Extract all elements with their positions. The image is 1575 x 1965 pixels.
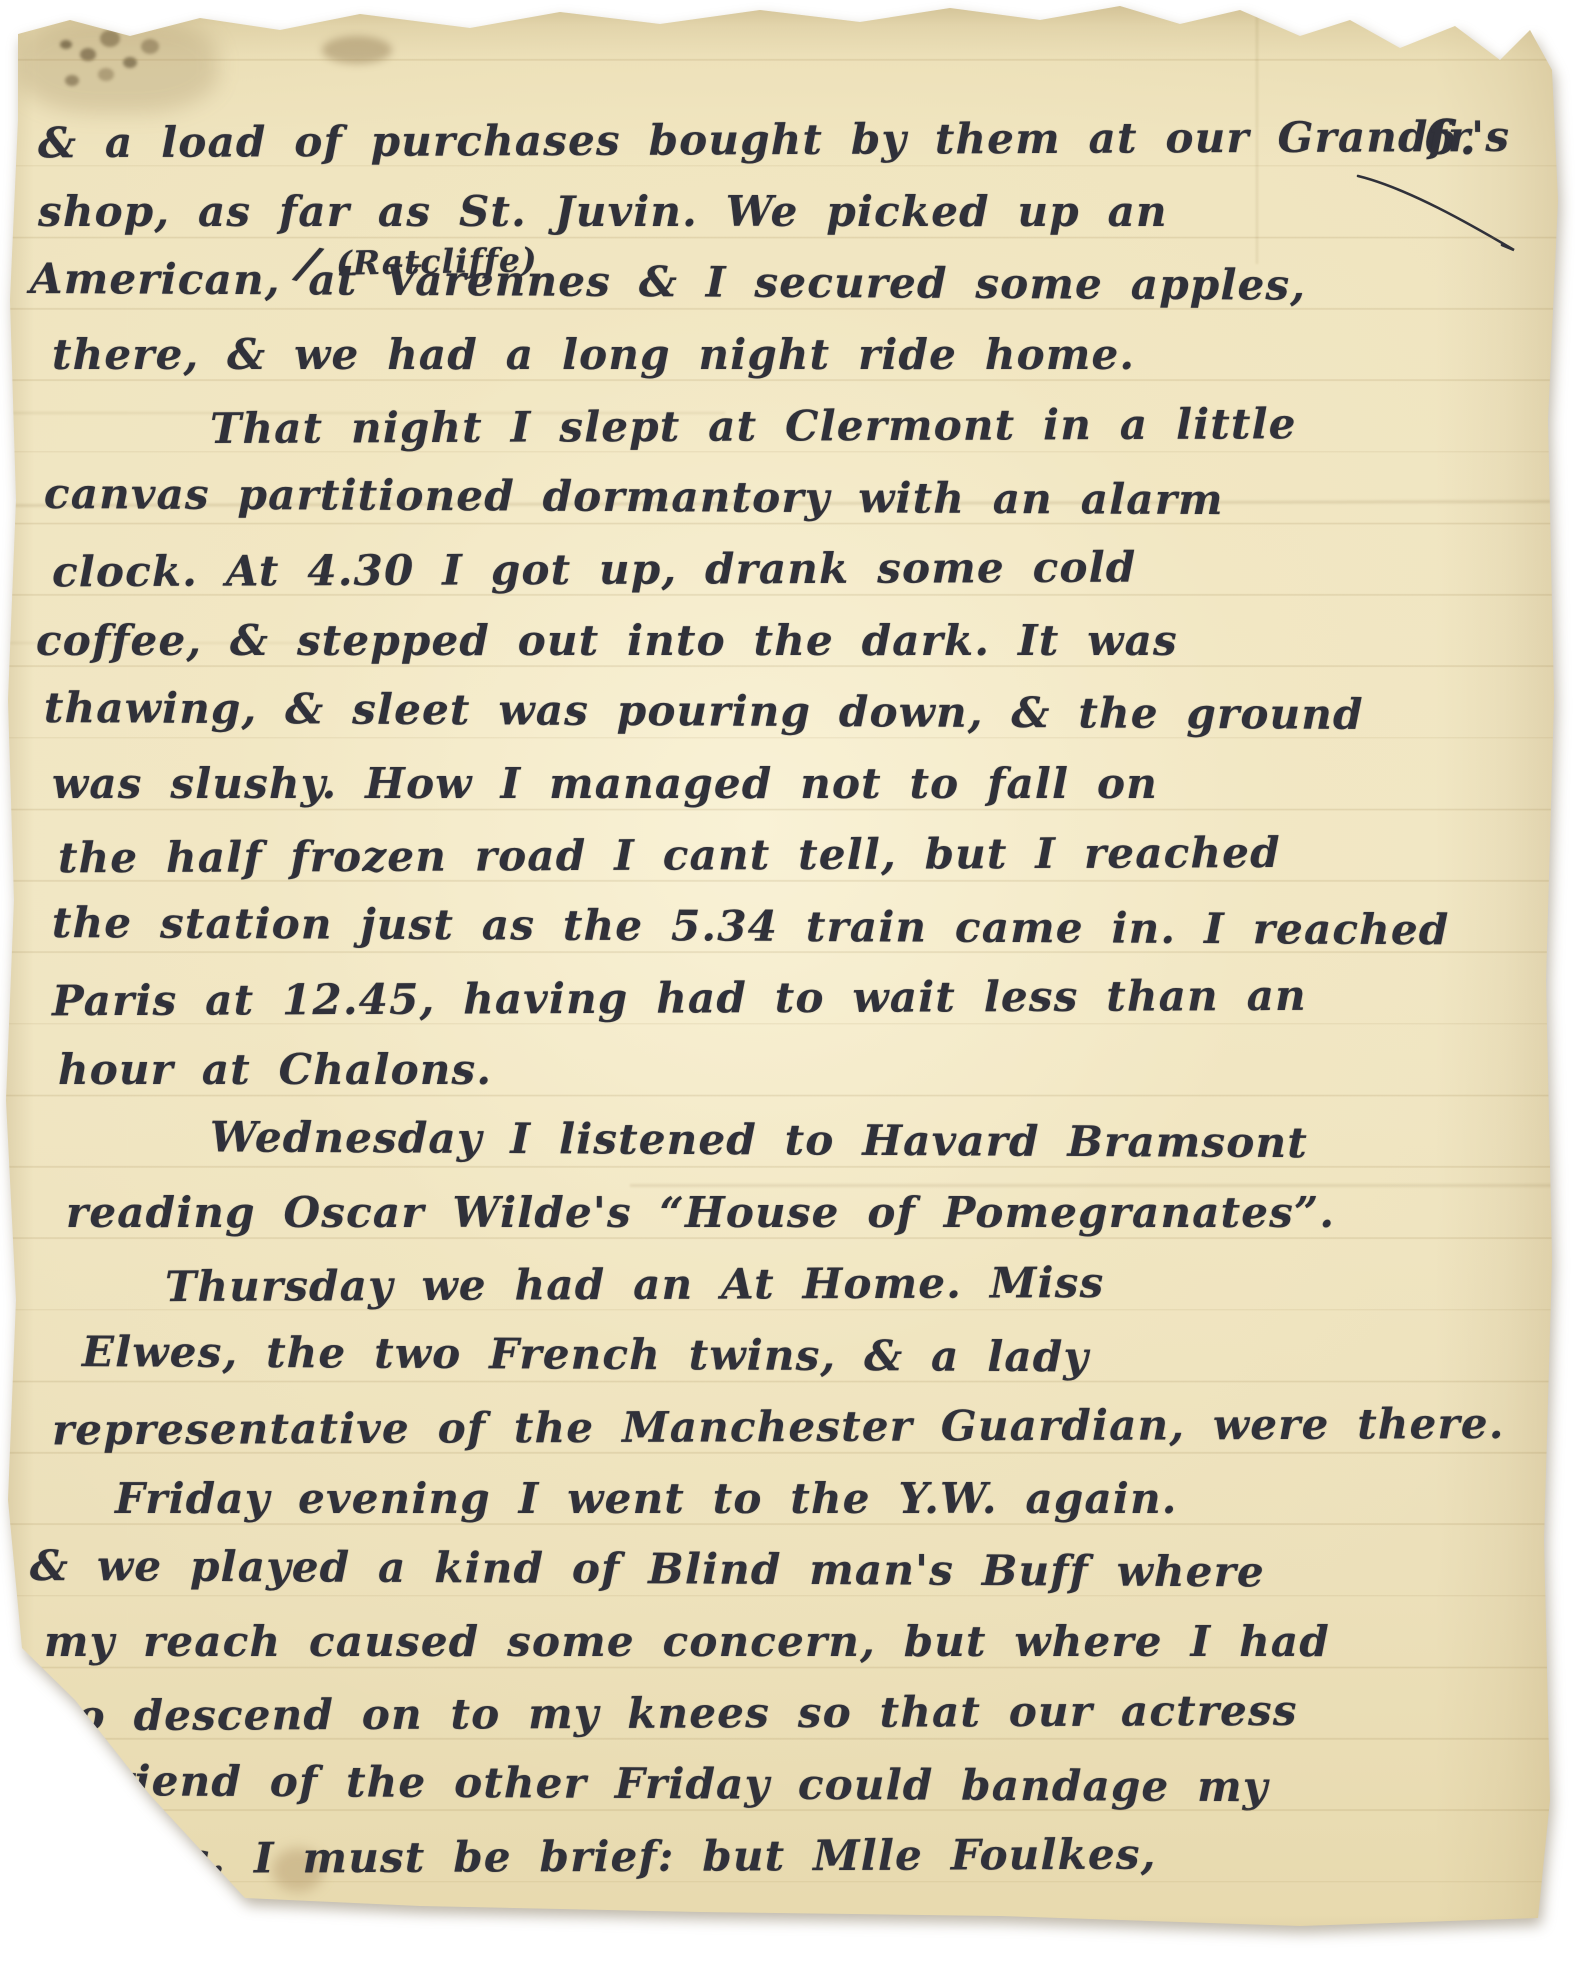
handwritten-line: eyes. I must be brief: but Mlle Foulkes, (104, 1817, 1575, 1895)
handwritten-line: & we played a kind of Blind man's Buff w… (30, 1530, 1575, 1610)
handwritten-line: friend of the other Friday could bandage… (92, 1745, 1575, 1824)
handwritten-line: Friday evening I went to the Y.W. again. (115, 1463, 1575, 1535)
handwritten-line: coffee, & stepped out into the dark. It … (36, 605, 1575, 677)
handwritten-line: Thursday we had an At Home. Miss (165, 1245, 1575, 1323)
handwritten-line: Elwes, the two French twins, & a lady (82, 1316, 1575, 1395)
paper-stain (322, 36, 392, 64)
handwritten-line: clock. At 4.30 I got up, drank some cold (52, 530, 1575, 608)
handwritten-line: canvas partitioned dormantory with an al… (44, 457, 1575, 537)
handwritten-line: the half frozen road I cant tell, but I … (58, 816, 1575, 894)
paper-stain (26, 1752, 40, 1765)
letter-body: & a load of purchases bought by them at … (0, 104, 1575, 1892)
handwritten-line: was slushy. How I managed not to fall on (52, 748, 1575, 820)
handwritten-line: my reach caused some concern, but where … (44, 1606, 1575, 1678)
handwritten-line: American, at Varennes & I secured some a… (30, 243, 1575, 323)
handwritten-line: the station just as the 5.34 train came … (52, 887, 1575, 966)
handwritten-line: reading Oscar Wilde's “House of Pomegran… (66, 1177, 1575, 1249)
handwritten-line: Wednesday I listened to Havard Bramsont (210, 1101, 1575, 1180)
letter-paper-shadow: 6. ∕ (Ratcliffe) & a load of purchases b… (0, 0, 1575, 1965)
paper-stain (398, 1946, 409, 1954)
paper-stain (18, 18, 218, 113)
handwritten-line: thawing, & sleet was pouring down, & the… (44, 672, 1575, 752)
handwritten-line: representative of the Manchester Guardia… (52, 1388, 1575, 1466)
paper-stain (1492, 8, 1505, 17)
letter-paper: 6. ∕ (Ratcliffe) & a load of purchases b… (0, 0, 1575, 1965)
handwritten-line: there, & we had a long night ride home. (52, 319, 1575, 391)
handwritten-line: shop, as far as St. Juvin. We picked up … (38, 176, 1575, 248)
scan-background: 6. ∕ (Ratcliffe) & a load of purchases b… (0, 0, 1575, 1965)
handwritten-line: Paris at 12.45, having had to wait less … (52, 959, 1575, 1037)
handwritten-line: & a load of purchases bought by them at … (38, 101, 1575, 179)
handwritten-line: That night I slept at Clermont in a litt… (210, 387, 1575, 464)
handwritten-line: to descend on to my knees so that our ac… (56, 1674, 1575, 1752)
handwritten-line: hour at Chalons. (58, 1034, 1575, 1106)
paper-stain (60, 40, 72, 49)
